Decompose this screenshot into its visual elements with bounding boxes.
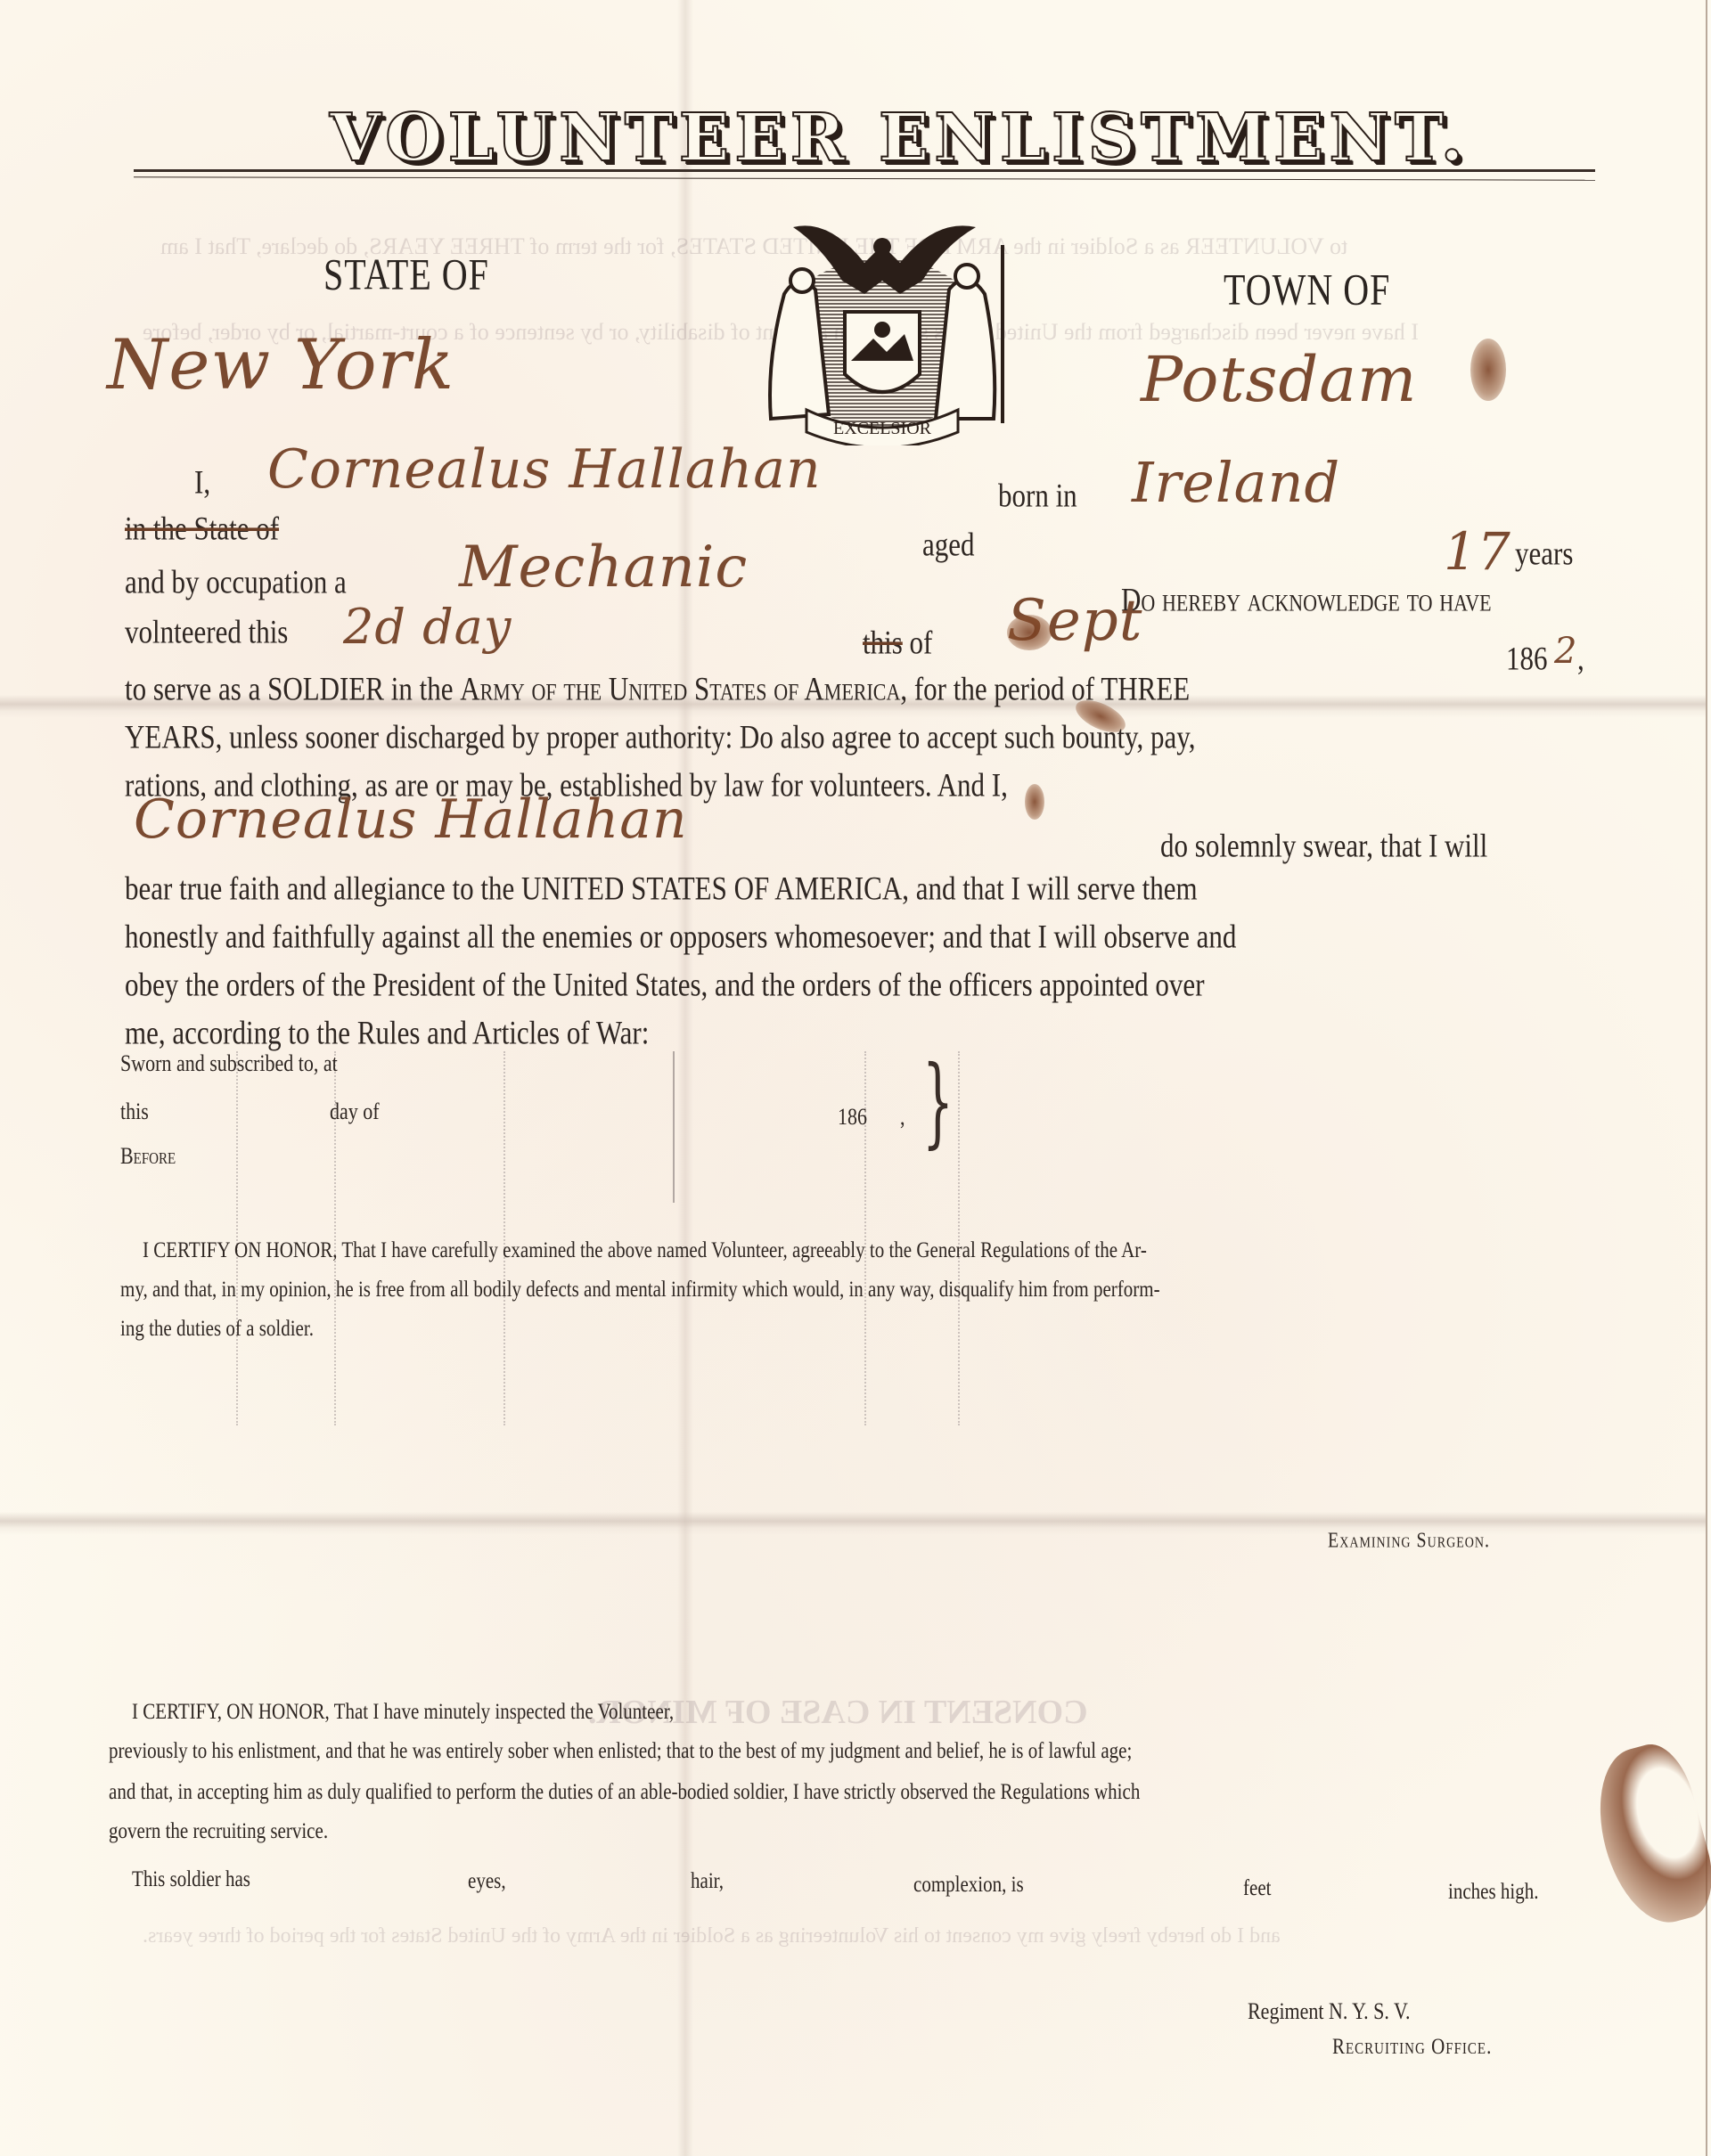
recruiter-cert-line: I CERTIFY, ON HONOR, That I have minutel… (132, 1698, 674, 1725)
dotted-guide (673, 1051, 675, 1203)
occupation-label: and by occupation a (125, 563, 347, 601)
handwritten-day[interactable]: 2d day (343, 599, 512, 655)
handwritten-birthplace[interactable]: Ireland (1132, 450, 1340, 515)
descriptor-complexion: complexion, is (913, 1871, 1024, 1898)
paragraph-line: YEARS, unless sooner discharged by prope… (125, 718, 1196, 756)
sworn-year-label: 186 (838, 1103, 867, 1131)
oath-line: obey the orders of the President of the … (125, 966, 1205, 1004)
swear-label: do solemnly swear, that I will (1160, 827, 1487, 865)
recruiter-cert-line: previously to his enlistment, and that h… (109, 1737, 1132, 1764)
ink-stain (1007, 615, 1052, 650)
surgeon-cert-line: I CERTIFY ON HONOR, That I have carefull… (143, 1237, 1147, 1263)
new-york-state-seal-icon: EXCELSIOR (731, 209, 1034, 445)
descriptor-hair: hair, (691, 1867, 724, 1894)
before-label: Before (120, 1142, 176, 1170)
descriptor-has: This soldier has (132, 1866, 250, 1892)
paragraph-line: to serve as a SOLDIER in the Army of the… (125, 670, 1190, 708)
year-prefix: 186 (1506, 640, 1548, 678)
surgeon-cert-line: my, and that, in my opinion, he is free … (120, 1276, 1160, 1303)
ink-stain (1025, 784, 1044, 820)
recruiting-office-label: Recruiting Office. (1332, 2033, 1492, 2060)
oath-line: me, according to the Rules and Articles … (125, 1014, 649, 1052)
in-the-state-of-label: in the State of (125, 510, 279, 548)
this-of-label: this of (863, 624, 932, 662)
town-label: TOWN OF (1224, 263, 1390, 315)
handwritten-age[interactable]: 17 (1444, 521, 1511, 582)
handwritten-town[interactable]: Potsdam (1141, 343, 1417, 416)
handwritten-year-digit[interactable]: 2 (1554, 631, 1577, 672)
ink-stain (1470, 339, 1506, 401)
handwritten-occupation[interactable]: Mechanic (459, 535, 748, 600)
sworn-this-label: this (120, 1098, 149, 1125)
title-rule-top (134, 169, 1595, 172)
bleed-through-text: and I do hereby freely give my consent t… (143, 1924, 1281, 1948)
line-i-label: I, (194, 463, 210, 502)
sworn-label: Sworn and subscribed to, at (120, 1049, 338, 1077)
oath-line: honestly and faithfully against all the … (125, 918, 1236, 956)
examining-surgeon-label: Examining Surgeon. (1328, 1529, 1490, 1554)
handwritten-state[interactable]: New York (107, 325, 454, 405)
year-comma: , (1577, 640, 1584, 678)
sworn-comma: , (900, 1103, 905, 1131)
descriptor-eyes: eyes, (468, 1867, 506, 1894)
handwritten-signature[interactable]: Cornealus Hallahan (134, 788, 688, 851)
recruiter-cert-line: govern the recruiting service. (109, 1817, 328, 1844)
volunteered-label: volnteered this (125, 613, 288, 651)
brace-icon: } (922, 1044, 954, 1158)
state-label: STATE OF (323, 248, 489, 300)
years-label: years (1515, 535, 1573, 573)
born-in-label: born in (998, 477, 1077, 515)
recruiter-cert-line: and that, in accepting him as duly quali… (109, 1778, 1140, 1805)
surgeon-cert-line: ing the duties of a soldier. (120, 1315, 314, 1342)
descriptor-feet: feet (1243, 1874, 1271, 1901)
aged-label: aged (922, 526, 975, 564)
document-title: VOLUNTEER ENLISTMENT. (330, 100, 1469, 176)
seal-motto: EXCELSIOR (833, 419, 932, 438)
sworn-day-of-label: day of (330, 1098, 380, 1125)
regiment-label: Regiment N. Y. S. V. (1248, 1997, 1411, 2025)
handwritten-name[interactable]: Cornealus Hallahan (267, 438, 822, 501)
oath-line: bear true faith and allegiance to the UN… (125, 870, 1198, 908)
acknowledge-label: Do hereby acknowledge to have (1121, 581, 1492, 619)
descriptor-inches: inches high. (1448, 1878, 1538, 1905)
